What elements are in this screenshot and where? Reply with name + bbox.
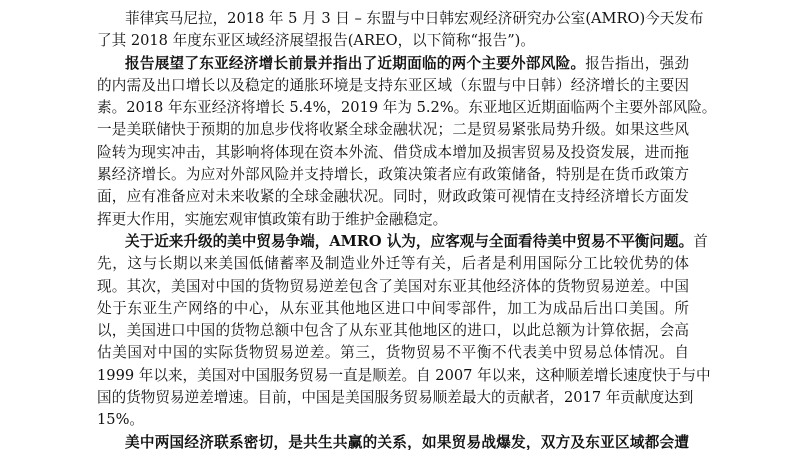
text-line: 以，美国进口中国的货物总额中包含了从东亚其他地区的进口，以此总额为计算依据，会高 [97,320,689,342]
paragraph: 关于近来升级的美中贸易争端，AMRO 认为，应客观与全面看待美中贸易不平衡问题。… [97,231,689,432]
body-text: 首 [693,233,708,250]
text-line: 估美国对中国的实际货物贸易逆差。第三，货物贸易不平衡不代表美中贸易总体情况。自 [97,342,689,364]
text-line: 美中两国经济联系密切，是共生共赢的关系，如果贸易战爆发，双方及东亚区域都会遭 [97,432,689,450]
body-text: 报告指出，强劲 [585,55,689,72]
document-body: 菲律宾马尼拉，2018 年 5 月 3 日 – 东盟与中日韩宏观经济研究办公室(… [97,8,689,450]
body-text: 国的货物贸易逆差增速。目前，中国是美国服务贸易顺差最大的贡献者，2017 年贡献… [97,389,693,406]
body-text: 菲律宾马尼拉，2018 年 5 月 3 日 – 东盟与中日韩宏观经济研究办公室(… [125,10,704,27]
body-text: 的内需及出口增长以及稳定的通胀环境是支持东亚区域（东盟与中日韩）经济增长的主要因 [97,77,689,94]
body-text: 估美国对中国的实际货物贸易逆差。第三，货物贸易不平衡不代表美中贸易总体情况。自 [97,344,689,361]
text-line: 报告展望了东亚经济增长前景并指出了近期面临的两个主要外部风险。报告指出，强劲 [97,53,689,75]
body-text: 挥更大作用，实施宏观审慎政策有助于维护金融稳定。 [97,211,447,228]
bold-text: 美中两国经济联系密切，是共生共赢的关系，如果贸易战爆发，双方及东亚区域都会遭 [125,434,689,450]
body-text: 先，这与长期以来美国低储蓄率及制造业外迁等有关，后者是利用国际分工比较优势的体 [97,255,689,272]
body-text: 处于东亚生产网络的中心，从东亚其他地区进口中间零部件，加工为成品后出口美国。所 [97,300,689,317]
text-line: 挥更大作用，实施宏观审慎政策有助于维护金融稳定。 [97,209,689,231]
text-line: 国的货物贸易逆差增速。目前，中国是美国服务贸易顺差最大的贡献者，2017 年贡献… [97,387,689,409]
paragraph: 美中两国经济联系密切，是共生共赢的关系，如果贸易战爆发，双方及东亚区域都会遭 [97,432,689,450]
body-text: 一是美联储快于预期的加息步伐将收紧全球金融状况；二是贸易紧张局势升级。如果这些风 [97,121,689,138]
body-text: 15%。 [97,411,144,428]
body-text: 险转为现实冲击，其影响将体现在资本外流、借贷成本增加及损害贸易及投资发展，进而拖 [97,144,689,161]
body-text: 素。2018 年东亚经济将增长 5.4%，2019 年为 5.2%。东亚地区近期… [97,99,716,116]
body-text: 累经济增长。为应对外部风险并支持增长，政策决策者应有政策储备，特别是在货币政策方 [97,166,689,183]
text-line: 处于东亚生产网络的中心，从东亚其他地区进口中间零部件，加工为成品后出口美国。所 [97,298,689,320]
text-line: 15%。 [97,409,689,431]
body-text: 以，美国进口中国的货物总额中包含了从东亚其他地区的进口，以此总额为计算依据，会高 [97,322,689,339]
text-line: 1999 年以来，美国对中国服务贸易一直是顺差。自 2007 年以来，这种顺差增… [97,365,689,387]
bold-text: 报告展望了东亚经济增长前景并指出了近期面临的两个主要外部风险。 [125,55,585,72]
text-line: 一是美联储快于预期的加息步伐将收紧全球金融状况；二是贸易紧张局势升级。如果这些风 [97,119,689,141]
body-text: 了其 2018 年度东亚区域经济展望报告(AREO，以下简称“报告”)。 [97,32,535,49]
body-text: 1999 年以来，美国对中国服务贸易一直是顺差。自 2007 年以来，这种顺差增… [97,367,711,384]
text-line: 素。2018 年东亚经济将增长 5.4%，2019 年为 5.2%。东亚地区近期… [97,97,689,119]
paragraph: 菲律宾马尼拉，2018 年 5 月 3 日 – 东盟与中日韩宏观经济研究办公室(… [97,8,689,53]
body-text: 现。其次，美国对中国的货物贸易逆差包含了美国对东亚其他经济体的货物贸易逆差。中国 [97,278,689,295]
paragraph: 报告展望了东亚经济增长前景并指出了近期面临的两个主要外部风险。报告指出，强劲的内… [97,53,689,231]
text-line: 关于近来升级的美中贸易争端，AMRO 认为，应客观与全面看待美中贸易不平衡问题。… [97,231,689,253]
text-line: 现。其次，美国对中国的货物贸易逆差包含了美国对东亚其他经济体的货物贸易逆差。中国 [97,276,689,298]
text-line: 的内需及出口增长以及稳定的通胀环境是支持东亚区域（东盟与中日韩）经济增长的主要因 [97,75,689,97]
text-line: 先，这与长期以来美国低储蓄率及制造业外迁等有关，后者是利用国际分工比较优势的体 [97,253,689,275]
body-text: 面，应有准备应对未来收紧的全球金融状况。同时，财政政策可视情在支持经济增长方面发 [97,188,689,205]
text-line: 了其 2018 年度东亚区域经济展望报告(AREO，以下简称“报告”)。 [97,30,689,52]
text-line: 累经济增长。为应对外部风险并支持增长，政策决策者应有政策储备，特别是在货币政策方 [97,164,689,186]
bold-text: 关于近来升级的美中贸易争端，AMRO 认为，应客观与全面看待美中贸易不平衡问题。 [125,233,693,250]
text-line: 菲律宾马尼拉，2018 年 5 月 3 日 – 东盟与中日韩宏观经济研究办公室(… [97,8,689,30]
text-line: 险转为现实冲击，其影响将体现在资本外流、借贷成本增加及损害贸易及投资发展，进而拖 [97,142,689,164]
text-line: 面，应有准备应对未来收紧的全球金融状况。同时，财政政策可视情在支持经济增长方面发 [97,186,689,208]
